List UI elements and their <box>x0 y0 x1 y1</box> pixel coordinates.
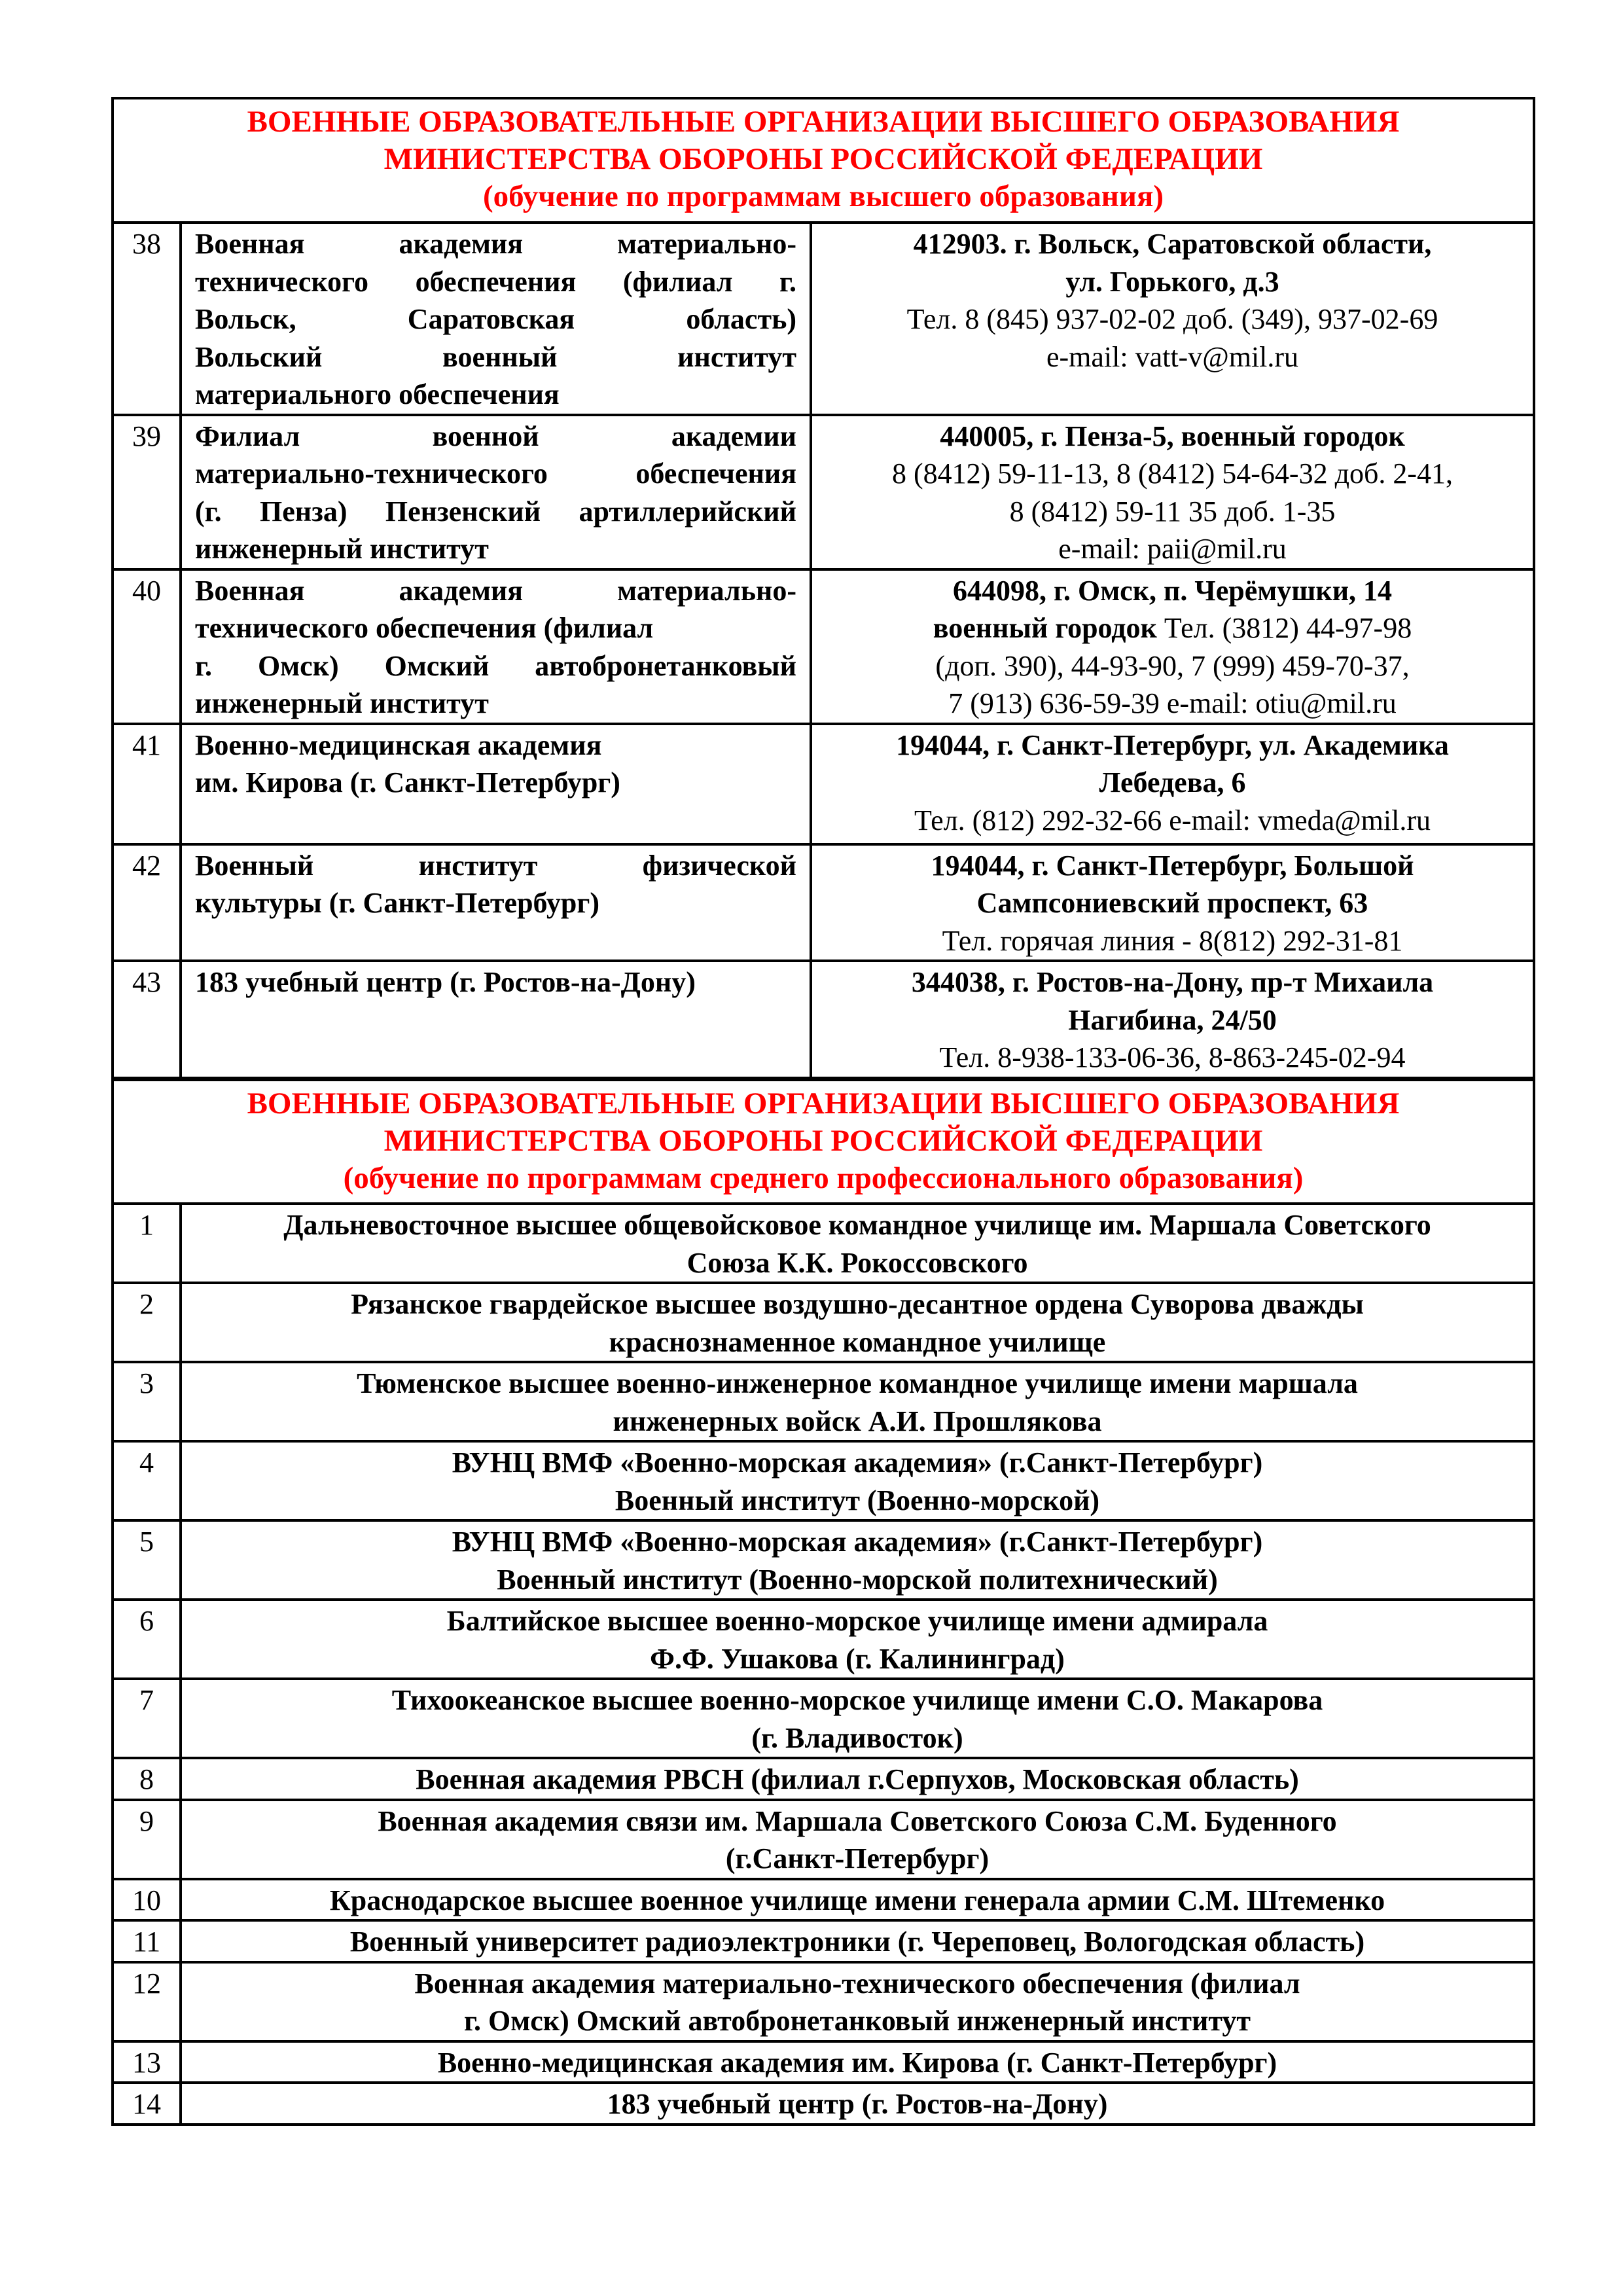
table-row: 1Дальневосточное высшее общевойсковое ко… <box>113 1204 1534 1283</box>
section-title: ВОЕННЫЕ ОБРАЗОВАТЕЛЬНЫЕ ОРГАНИЗАЦИИ ВЫСШ… <box>113 98 1534 223</box>
address-line: 194044, г. Санкт-Петербург, Большой <box>819 847 1526 885</box>
row-number: 6 <box>113 1600 181 1679</box>
name-line: ВУНЦ ВМФ «Военно-морская академия» (г.Са… <box>188 1444 1526 1482</box>
table-row: 38 Военная академия материально- техниче… <box>113 223 1534 415</box>
section-subtitle: (обучение по программам среднего професс… <box>120 1160 1526 1197</box>
address-line: 440005, г. Пенза-5, военный городок <box>819 418 1526 456</box>
table-row: 12Военная академия материально-техническ… <box>113 1962 1534 2041</box>
institution-name: Тюменское высшее военно-инженерное коман… <box>181 1362 1534 1441</box>
name-line: Вольск, Саратовская область) <box>195 300 796 338</box>
name-line: г. Омск) Омский автобронетанковый <box>195 647 796 685</box>
row-number: 4 <box>113 1441 181 1520</box>
address-line: 194044, г. Санкт-Петербург, ул. Академик… <box>819 726 1526 764</box>
institution-name: Военная академия РВСН (филиал г.Серпухов… <box>181 1758 1534 1800</box>
institution-name: Филиал военной академии материально-техн… <box>181 415 811 569</box>
name-line: 183 учебный центр (г. Ростов-на-Дону) <box>195 963 796 1001</box>
name-line: Военный институт (Военно-морской политех… <box>188 1561 1526 1599</box>
table-row: 4ВУНЦ ВМФ «Военно-морская академия» (г.С… <box>113 1441 1534 1520</box>
phone-line: 8 (8412) 59-11 35 доб. 1-35 <box>819 493 1526 531</box>
table-row: 14183 учебный центр (г. Ростов-на-Дону) <box>113 2083 1534 2125</box>
institution-name: Военная академия материально- техническо… <box>181 223 811 415</box>
name-line: инженерный институт <box>195 530 796 568</box>
row-number: 9 <box>113 1800 181 1879</box>
name-line: Военно-медицинская академия <box>195 726 796 764</box>
name-line: (г.Санкт-Петербург) <box>188 1840 1526 1878</box>
name-line: г. Омск) Омский автобронетанковый инжене… <box>188 2002 1526 2040</box>
row-number: 7 <box>113 1679 181 1758</box>
row-number: 11 <box>113 1920 181 1962</box>
name-line: инженерных войск А.И. Прошлякова <box>188 1403 1526 1441</box>
section-title-line: МИНИСТЕРСТВА ОБОРОНЫ РОССИЙСКОЙ ФЕДЕРАЦИ… <box>120 1122 1526 1160</box>
table-row: 5ВУНЦ ВМФ «Военно-морская академия» (г.С… <box>113 1520 1534 1600</box>
institution-name: Тихоокеанское высшее военно-морское учил… <box>181 1679 1534 1758</box>
table-row: 3Тюменское высшее военно-инженерное кома… <box>113 1362 1534 1441</box>
name-line: Военная академия материально- <box>195 225 796 263</box>
row-number: 41 <box>113 724 181 844</box>
institution-name: Военная академия связи им. Маршала Совет… <box>181 1800 1534 1879</box>
row-number: 13 <box>113 2041 181 2083</box>
name-line: Рязанское гвардейское высшее воздушно-де… <box>188 1285 1526 1323</box>
address-phone-line: военный городок Тел. (3812) 44-97-98 <box>819 609 1526 647</box>
name-line: Военная академия связи им. Маршала Совет… <box>188 1803 1526 1840</box>
name-line: технического обеспечения (филиал г. <box>195 263 796 301</box>
row-number: 1 <box>113 1204 181 1283</box>
institution-name: ВУНЦ ВМФ «Военно-морская академия» (г.Са… <box>181 1441 1534 1520</box>
phone-line: Тел. 8 (845) 937-02-02 доб. (349), 937-0… <box>819 300 1526 338</box>
name-line: Военный институт (Военно-морской) <box>188 1482 1526 1520</box>
name-line: материально-технического обеспечения <box>195 455 796 493</box>
table-row: 13Военно-медицинская академия им. Кирова… <box>113 2041 1534 2083</box>
table-row: 7Тихоокеанское высшее военно-морское учи… <box>113 1679 1534 1758</box>
institution-name: Военно-медицинская академия им. Кирова (… <box>181 724 811 844</box>
section-subtitle: (обучение по программам высшего образова… <box>120 178 1526 215</box>
name-line: (г. Пенза) Пензенский артиллерийский <box>195 493 796 531</box>
address-line: Сампсониевский проспект, 63 <box>819 884 1526 922</box>
name-line: Балтийское высшее военно-морское училище… <box>188 1602 1526 1640</box>
name-line: Военная академия материально-техническог… <box>188 1965 1526 2003</box>
address-line: ул. Горького, д.3 <box>819 263 1526 301</box>
table-row: 10Краснодарское высшее военное училище и… <box>113 1879 1534 1921</box>
institution-name: 183 учебный центр (г. Ростов-на-Дону) <box>181 961 811 1078</box>
section-title-line: МИНИСТЕРСТВА ОБОРОНЫ РОССИЙСКОЙ ФЕДЕРАЦИ… <box>120 141 1526 178</box>
name-line: технического обеспечения (филиал <box>195 609 796 647</box>
name-line: Ф.Ф. Ушакова (г. Калининград) <box>188 1640 1526 1678</box>
name-line: культуры (г. Санкт-Петербург) <box>195 884 796 922</box>
table-row: 39 Филиал военной академии материально-т… <box>113 415 1534 569</box>
phone-line: Тел. 8-938-133-06-36, 8-863-245-02-94 <box>819 1039 1526 1077</box>
email-link[interactable]: e-mail: vatt-v@mil.ru <box>819 338 1526 376</box>
name-line: Тюменское высшее военно-инженерное коман… <box>188 1365 1526 1403</box>
row-number: 8 <box>113 1758 181 1800</box>
address-line: 344038, г. Ростов-на-Дону, пр-т Михаила <box>819 963 1526 1001</box>
name-line: Военная академия РВСН (филиал г.Серпухов… <box>188 1761 1526 1799</box>
email-link[interactable]: Тел. (812) 292-32-66 e-mail: vmeda@mil.r… <box>819 802 1526 840</box>
address-line: 412903. г. Вольск, Саратовской области, <box>819 225 1526 263</box>
table-row: 43 183 учебный центр (г. Ростов-на-Дону)… <box>113 961 1534 1078</box>
name-line: Военно-медицинская академия им. Кирова (… <box>188 2044 1526 2082</box>
institution-address: 194044, г. Санкт-Петербург, Большой Самп… <box>811 844 1534 961</box>
institution-address: 644098, г. Омск, п. Черёмушки, 14 военны… <box>811 569 1534 724</box>
row-number: 40 <box>113 569 181 724</box>
row-number: 12 <box>113 1962 181 2041</box>
name-line: Военный университет радиоэлектроники (г.… <box>188 1923 1526 1961</box>
table-row: 40 Военная академия материально- техниче… <box>113 569 1534 724</box>
name-line: Краснодарское высшее военное училище име… <box>188 1882 1526 1920</box>
table-row: 9Военная академия связи им. Маршала Сове… <box>113 1800 1534 1879</box>
row-number: 5 <box>113 1520 181 1600</box>
institution-name: Балтийское высшее военно-морское училище… <box>181 1600 1534 1679</box>
institution-name: Рязанское гвардейское высшее воздушно-де… <box>181 1283 1534 1362</box>
table-header-row: ВОЕННЫЕ ОБРАЗОВАТЕЛЬНЫЕ ОРГАНИЗАЦИИ ВЫСШ… <box>113 1080 1534 1204</box>
row-number: 39 <box>113 415 181 569</box>
address-line: Нагибина, 24/50 <box>819 1001 1526 1039</box>
email-link[interactable]: 7 (913) 636-59-39 e-mail: otiu@mil.ru <box>819 685 1526 723</box>
institution-name: Дальневосточное высшее общевойсковое ком… <box>181 1204 1534 1283</box>
section-title-line: ВОЕННЫЕ ОБРАЗОВАТЕЛЬНЫЕ ОРГАНИЗАЦИИ ВЫСШ… <box>120 103 1526 141</box>
row-number: 3 <box>113 1362 181 1441</box>
table-row: 41 Военно-медицинская академия им. Киров… <box>113 724 1534 844</box>
phone-line: 8 (8412) 59-11-13, 8 (8412) 54-64-32 доб… <box>819 455 1526 493</box>
name-line: Тихоокеанское высшее военно-морское учил… <box>188 1681 1526 1719</box>
name-line: инженерный институт <box>195 685 796 723</box>
institution-name: ВУНЦ ВМФ «Военно-морская академия» (г.Са… <box>181 1520 1534 1600</box>
row-number: 38 <box>113 223 181 415</box>
name-line: Военный институт физической <box>195 847 796 885</box>
name-line: (г. Владивосток) <box>188 1719 1526 1757</box>
institution-address: 344038, г. Ростов-на-Дону, пр-т Михаила … <box>811 961 1534 1078</box>
name-line: им. Кирова (г. Санкт-Петербург) <box>195 764 796 802</box>
phone-fragment: Тел. (3812) 44-97-98 <box>1157 612 1412 644</box>
name-line: ВУНЦ ВМФ «Военно-морская академия» (г.Са… <box>188 1523 1526 1561</box>
table-row: 8Военная академия РВСН (филиал г.Серпухо… <box>113 1758 1534 1800</box>
name-line: Вольский военный институт <box>195 338 796 376</box>
address-line: Лебедева, 6 <box>819 764 1526 802</box>
table-header-row: ВОЕННЫЕ ОБРАЗОВАТЕЛЬНЫЕ ОРГАНИЗАЦИИ ВЫСШ… <box>113 98 1534 223</box>
name-line: материального обеспечения <box>195 376 796 414</box>
name-line: Филиал военной академии <box>195 418 796 456</box>
table-row: 6Балтийское высшее военно-морское училищ… <box>113 1600 1534 1679</box>
institution-address: 440005, г. Пенза-5, военный городок 8 (8… <box>811 415 1534 569</box>
name-line: 183 учебный центр (г. Ростов-на-Дону) <box>188 2085 1526 2123</box>
address-fragment: военный городок <box>933 612 1157 644</box>
section-title: ВОЕННЫЕ ОБРАЗОВАТЕЛЬНЫЕ ОРГАНИЗАЦИИ ВЫСШ… <box>113 1080 1534 1204</box>
institution-address: 194044, г. Санкт-Петербург, ул. Академик… <box>811 724 1534 844</box>
name-line: Дальневосточное высшее общевойсковое ком… <box>188 1206 1526 1244</box>
phone-line: (доп. 390), 44-93-90, 7 (999) 459-70-37, <box>819 647 1526 685</box>
row-number: 14 <box>113 2083 181 2125</box>
higher-education-table: ВОЕННЫЕ ОБРАЗОВАТЕЛЬНЫЕ ОРГАНИЗАЦИИ ВЫСШ… <box>111 97 1535 1079</box>
name-line: Союза К.К. Рокоссовского <box>188 1244 1526 1282</box>
institution-name: 183 учебный центр (г. Ростов-на-Дону) <box>181 2083 1534 2125</box>
row-number: 43 <box>113 961 181 1078</box>
vocational-education-table: ВОЕННЫЕ ОБРАЗОВАТЕЛЬНЫЕ ОРГАНИЗАЦИИ ВЫСШ… <box>111 1079 1535 2126</box>
institution-name: Краснодарское высшее военное училище име… <box>181 1879 1534 1921</box>
name-line: краснознаменное командное училище <box>188 1323 1526 1361</box>
institution-name: Военная академия материально-техническог… <box>181 1962 1534 2041</box>
address-line: 644098, г. Омск, п. Черёмушки, 14 <box>819 572 1526 610</box>
institution-name: Военно-медицинская академия им. Кирова (… <box>181 2041 1534 2083</box>
phone-line: Тел. горячая линия - 8(812) 292-31-81 <box>819 922 1526 960</box>
row-number: 10 <box>113 1879 181 1921</box>
institution-name: Военный университет радиоэлектроники (г.… <box>181 1920 1534 1962</box>
table-row: 42 Военный институт физической культуры … <box>113 844 1534 961</box>
institution-name: Военная академия материально- техническо… <box>181 569 811 724</box>
email-link[interactable]: e-mail: paii@mil.ru <box>819 530 1526 568</box>
institution-name: Военный институт физической культуры (г.… <box>181 844 811 961</box>
section-title-line: ВОЕННЫЕ ОБРАЗОВАТЕЛЬНЫЕ ОРГАНИЗАЦИИ ВЫСШ… <box>120 1085 1526 1122</box>
row-number: 2 <box>113 1283 181 1362</box>
table-row: 2Рязанское гвардейское высшее воздушно-д… <box>113 1283 1534 1362</box>
institution-address: 412903. г. Вольск, Саратовской области, … <box>811 223 1534 415</box>
table-row: 11Военный университет радиоэлектроники (… <box>113 1920 1534 1962</box>
row-number: 42 <box>113 844 181 961</box>
name-line: Военная академия материально- <box>195 572 796 610</box>
